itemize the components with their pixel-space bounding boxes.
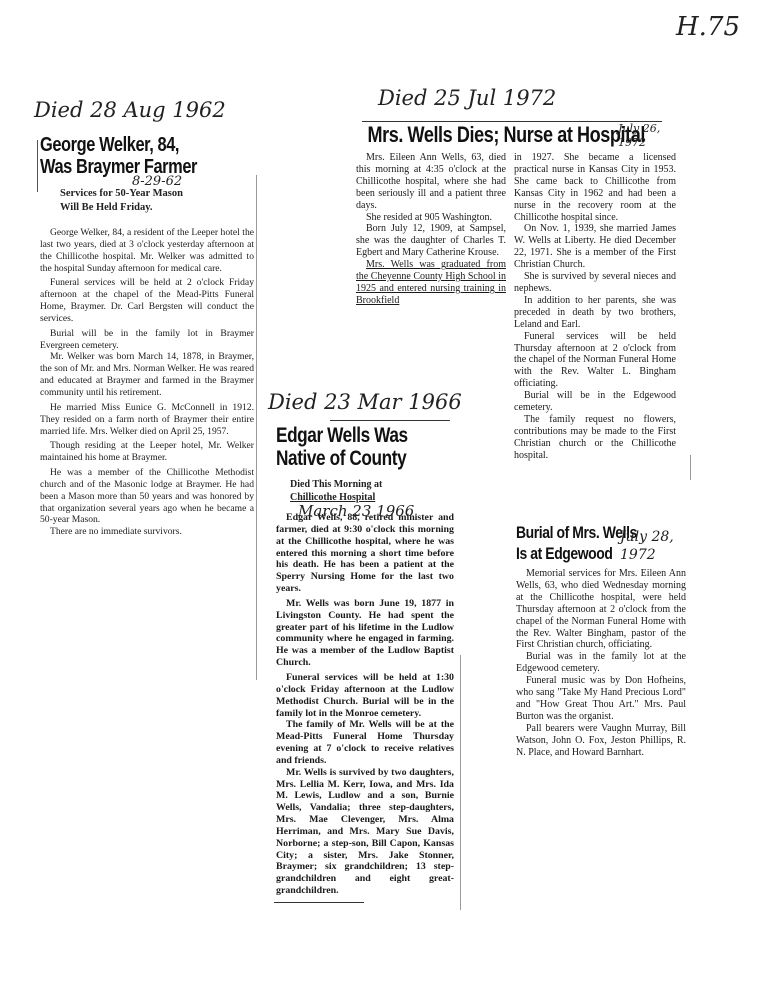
- paragraph: Funeral services will be held at 2 o'clo…: [40, 277, 254, 324]
- paragraph: Burial will be in the family lot in Bray…: [40, 328, 254, 352]
- clipping-george-welker: George Welker, 84, Was Braymer Farmer 8-…: [40, 134, 254, 538]
- paragraph: She is survived by several nieces and ne…: [514, 271, 676, 295]
- paragraph: Memorial services for Mrs. Eileen Ann We…: [516, 568, 686, 651]
- paragraph: The family request no flowers, contribut…: [514, 414, 676, 462]
- paragraph: Born July 12, 1909, at Sampsel, she was …: [356, 223, 506, 259]
- subheadline: Died This Morning at Chillicothe Hospita…: [276, 478, 454, 504]
- paragraph: On Nov. 1, 1939, she married James W. We…: [514, 223, 676, 271]
- bottom-rule: [274, 902, 364, 903]
- headline-line1: Edgar Wells Was: [276, 424, 422, 447]
- paragraph: Mr. Wells is survived by two daughters, …: [276, 767, 454, 897]
- article-body: Edgar Wells, 88, retired minister and fa…: [276, 512, 454, 897]
- handwritten-date-eileen: Died 25 Jul 1972: [378, 86, 556, 110]
- article-body: Memorial services for Mrs. Eileen Ann We…: [516, 568, 686, 759]
- paragraph: In addition to her parents, she was prec…: [514, 295, 676, 331]
- paragraph: She resided at 905 Washington.: [356, 212, 506, 224]
- headline: Mrs. Wells Dies; Nurse at Hospital: [356, 122, 618, 148]
- paragraph: There are no immediate survivors.: [40, 526, 254, 538]
- paragraph: Mr. Wells was born June 19, 1877 in Livi…: [276, 598, 454, 669]
- paragraph: The family of Mr. Wells will be at the M…: [276, 719, 454, 766]
- clipping-edge: [690, 455, 691, 480]
- paragraph: Though residing at the Leeper hotel, Mr.…: [40, 440, 254, 464]
- handwritten-note-burial: July 28, 1972: [620, 528, 690, 564]
- paragraph: Burial will be in the Edgewood cemetery.: [514, 390, 676, 414]
- subheadline: Services for 50-Year Mason Will Be Held …: [40, 187, 254, 215]
- handwritten-note-welker: 8-29-62: [132, 174, 182, 189]
- paragraph: Pall bearers were Vaughn Murray, Bill Wa…: [516, 723, 686, 759]
- handwritten-note-edgar: March 23 1966: [298, 502, 414, 520]
- headline-line2: Was Braymer Farmer: [40, 156, 215, 178]
- clipping-edgar-wells: Edgar Wells Was Native of County Died Th…: [276, 424, 454, 897]
- clipping-edge: [256, 175, 257, 680]
- page-mark: H.75: [676, 12, 740, 42]
- paragraph: Edgar Wells, 88, retired minister and fa…: [276, 512, 454, 595]
- paragraph: Funeral music was by Don Hofheins, who s…: [516, 675, 686, 723]
- subheadline-line1: Died This Morning at: [290, 478, 454, 491]
- article-column-1: Mrs. Eileen Ann Wells, 63, died this mor…: [356, 152, 506, 462]
- clipping-burial-mrs-wells: Burial of Mrs. Wells Is at Edgewood July…: [516, 522, 686, 759]
- paragraph: Mr. Welker was born March 14, 1878, in B…: [40, 351, 254, 398]
- article-column-2: in 1927. She became a licensed practical…: [514, 152, 676, 462]
- paragraph: Funeral services will be held Thursday a…: [514, 331, 676, 391]
- article-body: George Welker, 84, a resident of the Lee…: [40, 227, 254, 538]
- paragraph: Mrs. Wells was graduated from the Cheyen…: [356, 259, 506, 307]
- paragraph: Mrs. Eileen Ann Wells, 63, died this mor…: [356, 152, 506, 212]
- handwritten-date-welker: Died 28 Aug 1962: [34, 98, 226, 122]
- paragraph: Burial was in the family lot at the Edge…: [516, 651, 686, 675]
- divider: [330, 420, 450, 421]
- handwritten-date-edgar: Died 23 Mar 1966: [268, 390, 462, 414]
- handwritten-note-eileen: July 26, 1972: [618, 122, 678, 150]
- headline-line2: Native of County: [276, 447, 422, 470]
- subheadline-line1: Services for 50-Year Mason: [60, 187, 254, 201]
- paragraph: George Welker, 84, a resident of the Lee…: [40, 227, 254, 274]
- paragraph: He married Miss Eunice G. McConnell in 1…: [40, 402, 254, 438]
- paragraph: in 1927. She became a licensed practical…: [514, 152, 676, 223]
- subheadline-line2: Will Be Held Friday.: [60, 201, 254, 215]
- paragraph: He was a member of the Chillicothe Metho…: [40, 467, 254, 526]
- headline-line1: George Welker, 84,: [40, 134, 215, 156]
- paragraph: Funeral services will be held at 1:30 o'…: [276, 672, 454, 719]
- clipping-edge: [460, 655, 461, 910]
